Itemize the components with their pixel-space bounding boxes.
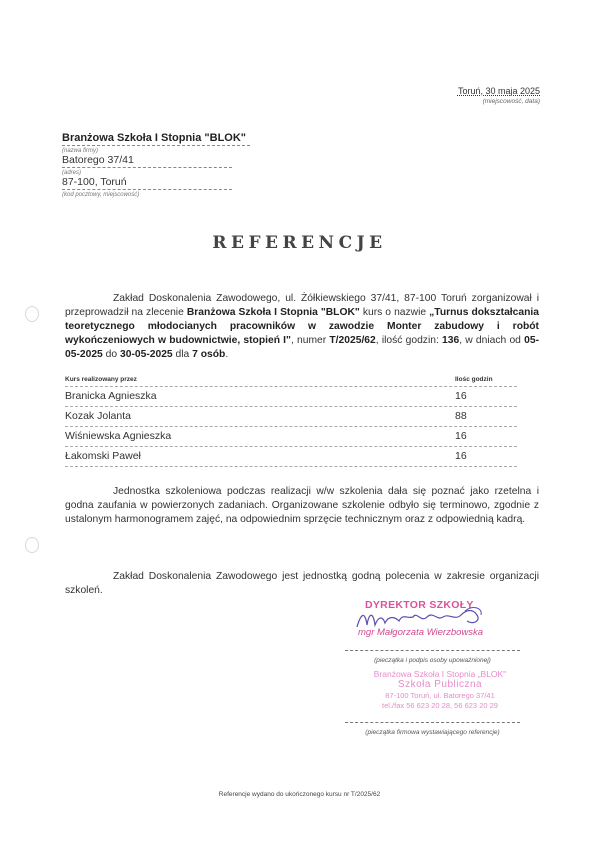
recipient-block: Branżowa Szkoła I Stopnia "BLOK" (nazwa … [62, 132, 232, 198]
punch-hole-top [25, 306, 39, 322]
table-row: Branicka Agnieszka 16 [65, 387, 517, 407]
footer-note: Referencje wydano do ukończonego kursu n… [0, 791, 599, 798]
date-caption: (miejscowość, data) [380, 98, 540, 105]
client-name: Branżowa Szkoła I Stopnia "BLOK" [187, 307, 360, 318]
instructor-hours: 16 [455, 427, 517, 446]
table-row: Kozak Jolanta 88 [65, 407, 517, 427]
instructors-table: Kurs realizowany przez Ilośc godzin Bran… [65, 376, 517, 467]
recipient-name: Branżowa Szkoła I Stopnia "BLOK" [62, 132, 250, 146]
table-row: Wiśniewska Agnieszka 16 [65, 427, 517, 447]
col-instructor: Kurs realizowany przez [65, 376, 137, 383]
table-header: Kurs realizowany przez Ilośc godzin [65, 376, 517, 387]
date-to: 30-05-2025 [120, 349, 173, 360]
school-stamp: Branżowa Szkoła I Stopnia „BLOK" Szkoła … [355, 669, 525, 710]
instructor-name: Łakomski Paweł [65, 447, 141, 466]
recommendation-paragraph: Zakład Doskonalenia Zawodowego jest jedn… [65, 570, 539, 598]
instructor-hours: 88 [455, 407, 517, 426]
recipient-postal-caption: (kod pocztowy, miejscowość) [62, 192, 232, 198]
director-stamp-name: mgr Małgorzata Wierzbowska [358, 627, 483, 638]
issue-date: Toruń, 30 maja 2025 [380, 86, 540, 96]
signature-line [345, 650, 520, 651]
school-stamp-phone: tel./fax 56 623 20 28, 56 623 20 29 [355, 701, 525, 710]
recipient-address: Batorego 37/41 [62, 154, 232, 168]
instructor-hours: 16 [455, 447, 517, 466]
instructor-name: Branicka Agnieszka [65, 387, 157, 406]
course-hours: 136 [442, 335, 459, 346]
recipient-postal: 87-100, Toruń [62, 176, 232, 190]
school-stamp-address: 87-100 Toruń, ul. Batorego 37/41 [355, 691, 525, 700]
participants: 7 osób [192, 349, 225, 360]
instructor-name: Kozak Jolanta [65, 407, 131, 426]
school-stamp-name: Branżowa Szkoła I Stopnia „BLOK" [355, 669, 525, 679]
document-title: REFERENCJE [0, 233, 599, 253]
instructor-hours: 16 [455, 387, 517, 406]
evaluation-paragraph: Jednostka szkoleniowa podczas realizacji… [65, 485, 539, 527]
col-hours: Ilośc godzin [455, 376, 517, 383]
course-number: T/2025/62 [329, 335, 375, 346]
instructor-name: Wiśniewska Agnieszka [65, 427, 171, 446]
company-stamp-line [345, 722, 520, 723]
intro-paragraph: Zakład Doskonalenia Zawodowego, ul. Żółk… [65, 292, 539, 362]
signature-caption: (pieczątka i podpis osoby upoważnionej) [345, 657, 520, 664]
table-row: Łakomski Paweł 16 [65, 447, 517, 467]
school-stamp-type: Szkoła Publiczna [355, 679, 525, 690]
punch-hole-bottom [25, 537, 39, 553]
date-block: Toruń, 30 maja 2025 (miejscowość, data) [380, 86, 540, 105]
company-stamp-caption: (pieczątka firmowa wystawiającego refere… [345, 729, 520, 736]
